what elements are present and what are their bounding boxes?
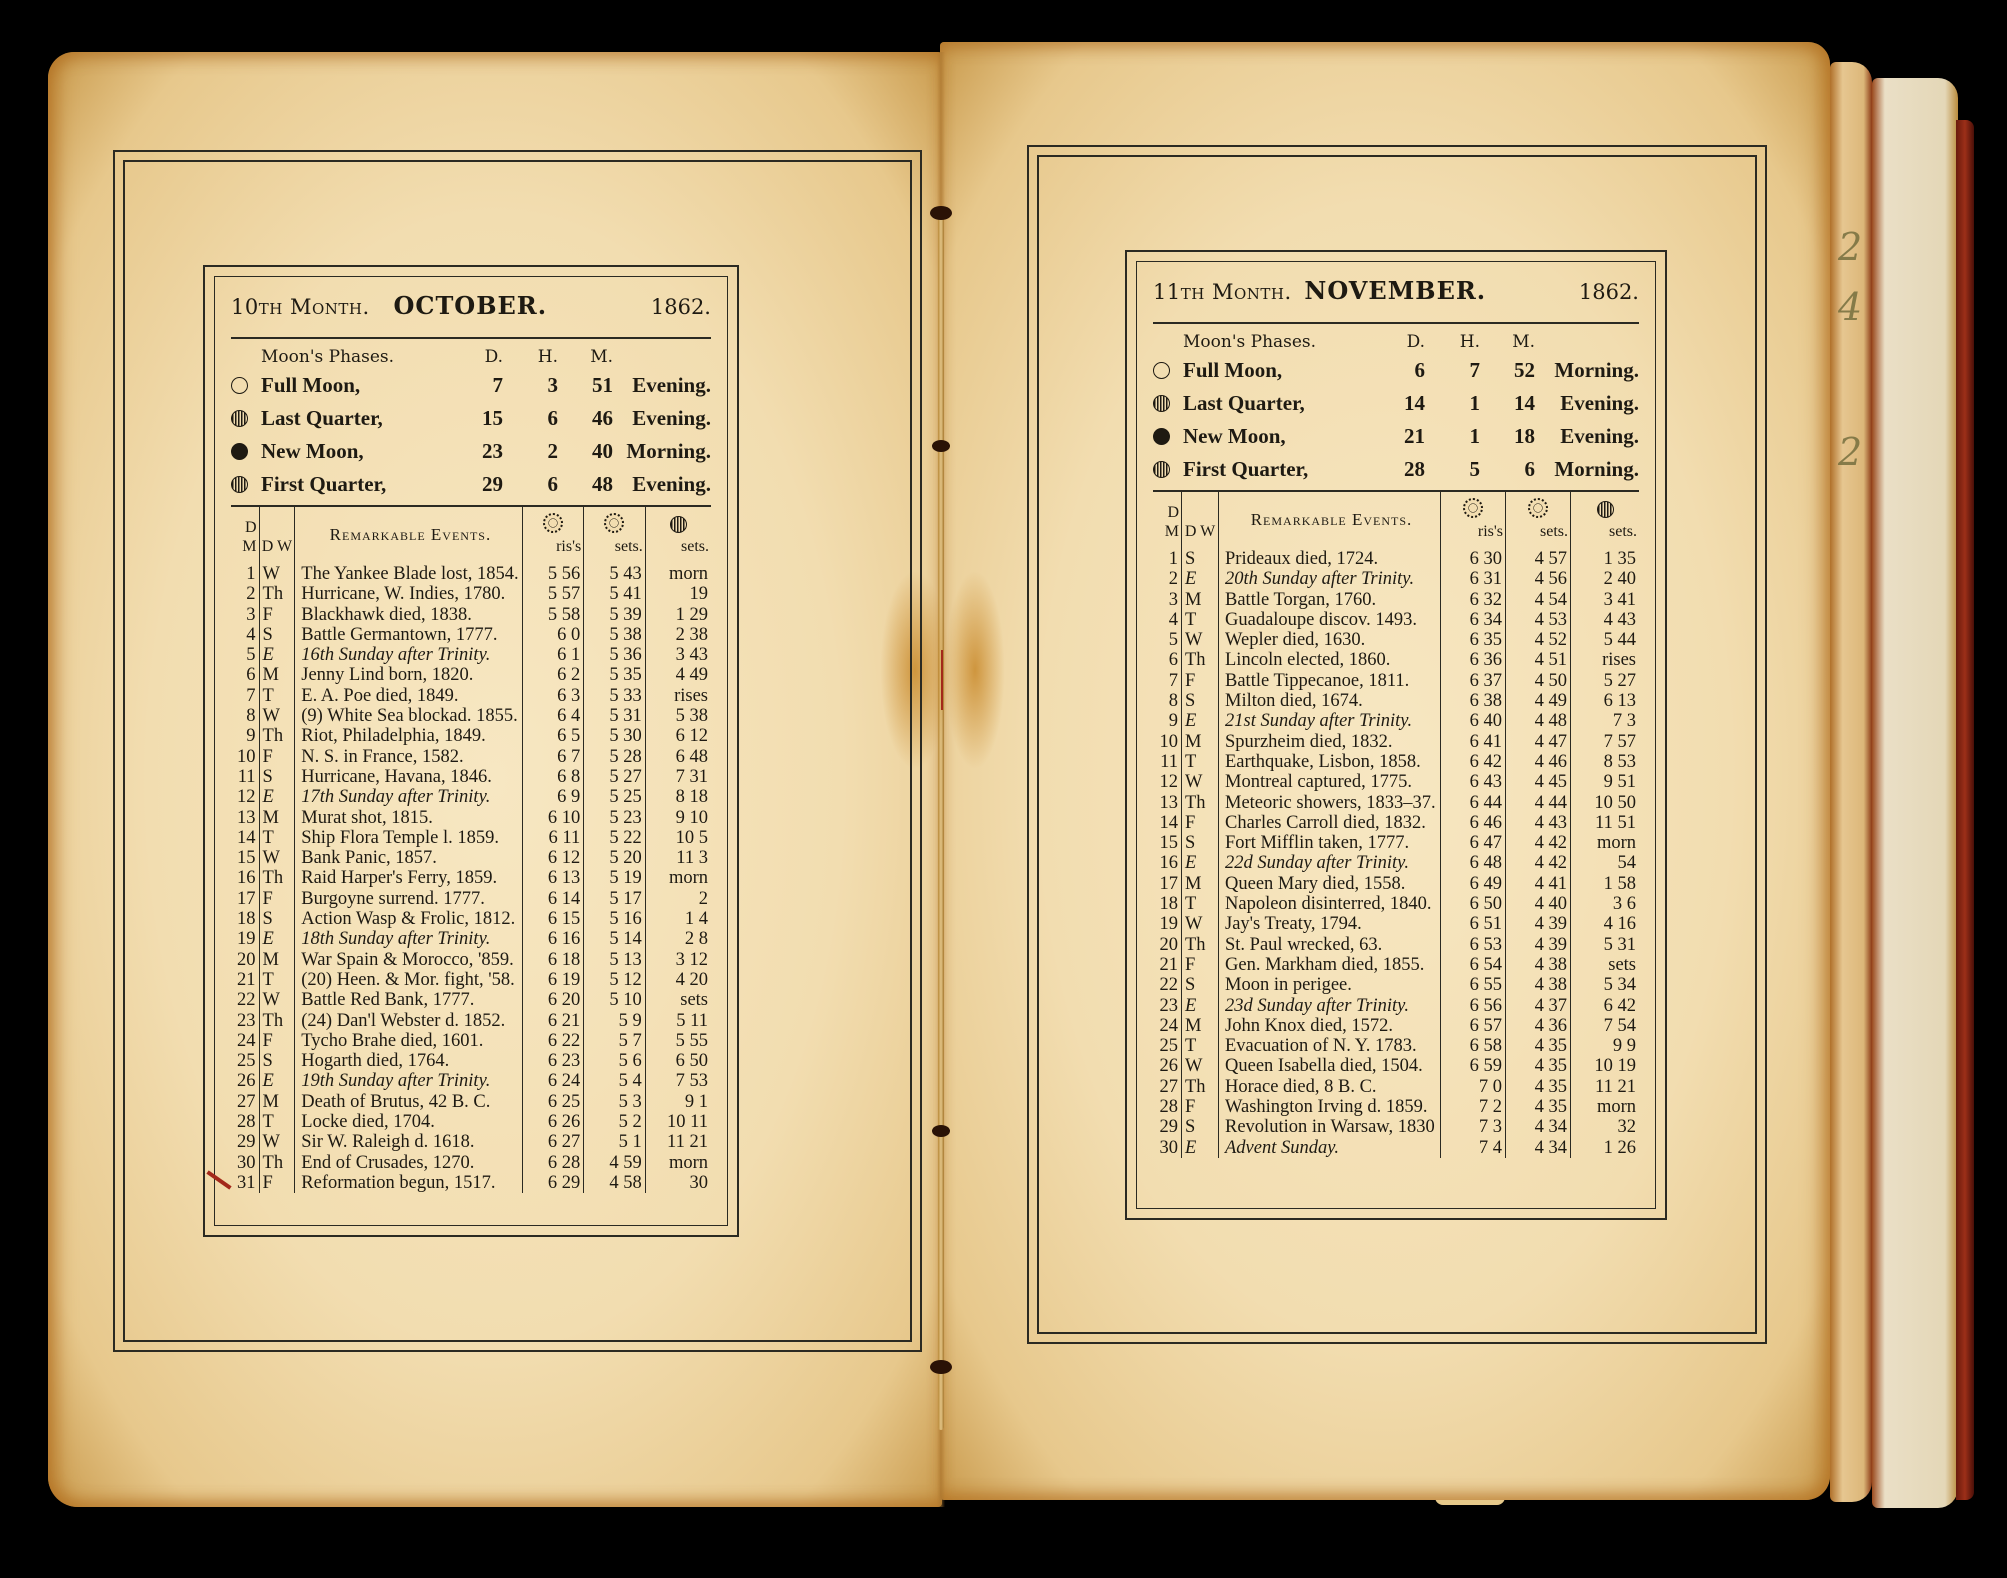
sun-rise-time: 6 43 bbox=[1441, 772, 1506, 792]
sun-set-time: 5 25 bbox=[584, 787, 646, 807]
day-of-week: M bbox=[1182, 732, 1219, 752]
table-row: 29WSir W. Raleigh d. 1618.6 275 111 21 bbox=[231, 1132, 711, 1152]
water-stain bbox=[945, 570, 1005, 770]
sun-rise-time: 6 3 bbox=[522, 686, 584, 706]
phase-time-of-day: Morning. bbox=[1543, 457, 1639, 482]
day-of-month: 13 bbox=[1153, 793, 1182, 813]
day-of-week: S bbox=[259, 909, 295, 929]
sun-rise-time: 7 0 bbox=[1441, 1077, 1506, 1097]
moon-phases-header: Moon's Phases. D. H. M. bbox=[231, 345, 711, 369]
day-of-month: 24 bbox=[231, 1031, 259, 1051]
day-of-week: F bbox=[259, 605, 295, 625]
sun-set-time: 5 41 bbox=[584, 584, 646, 604]
sun-rise-time: 6 20 bbox=[522, 990, 584, 1010]
event-text: Evacuation of N. Y. 1783. bbox=[1219, 1036, 1441, 1056]
moon-time: morn bbox=[645, 564, 711, 584]
moon-time: 19 bbox=[645, 584, 711, 604]
day-of-week: E bbox=[1182, 853, 1219, 873]
day-of-month: 21 bbox=[231, 970, 259, 990]
day-of-week: E bbox=[259, 929, 295, 949]
sun-set-time: 4 39 bbox=[1506, 935, 1571, 955]
day-of-month: 14 bbox=[1153, 813, 1182, 833]
event-text: Fort Mifflin taken, 1777. bbox=[1219, 833, 1441, 853]
phase-day: 14 bbox=[1373, 391, 1433, 416]
table-row: 21T(20) Heen. & Mor. fight, '58.6 195 12… bbox=[231, 970, 711, 990]
sun-rises-label: ris's bbox=[556, 538, 581, 555]
table-row: 15SFort Mifflin taken, 1777.6 474 42morn bbox=[1153, 833, 1639, 853]
day-of-month: 19 bbox=[231, 929, 259, 949]
day-of-week: F bbox=[259, 1031, 295, 1051]
event-text: Burgoyne surrend. 1777. bbox=[295, 889, 522, 909]
sun-rise-time: 6 9 bbox=[522, 787, 584, 807]
sun-set-time: 4 40 bbox=[1506, 894, 1571, 914]
phase-name: Last Quarter, bbox=[1183, 391, 1373, 416]
table-row: 4SBattle Germantown, 1777.6 05 382 38 bbox=[231, 625, 711, 645]
event-text: Moon in perigee. bbox=[1219, 975, 1441, 995]
full-moon-icon bbox=[1153, 362, 1170, 379]
stitch-hole-icon bbox=[930, 1360, 952, 1374]
day-of-week: F bbox=[1182, 671, 1219, 691]
event-text: Action Wasp & Frolic, 1812. bbox=[295, 909, 522, 929]
hour-col-label: H. bbox=[1433, 332, 1488, 352]
moon-time: morn bbox=[645, 868, 711, 888]
phase-row: New Moon, 21 1 18 Evening. bbox=[1153, 420, 1639, 453]
sun-set-time: 5 10 bbox=[584, 990, 646, 1010]
table-row: 27ThHorace died, 8 B. C.7 04 3511 21 bbox=[1153, 1077, 1639, 1097]
moon-time: 1 4 bbox=[645, 909, 711, 929]
moon-time: 5 38 bbox=[645, 706, 711, 726]
sun-face-icon bbox=[1528, 498, 1548, 518]
sun-set-time: 4 43 bbox=[1506, 813, 1571, 833]
sun-rise-time: 6 16 bbox=[522, 929, 584, 949]
day-of-week: W bbox=[1182, 914, 1219, 934]
day-of-week: M bbox=[259, 950, 295, 970]
month-number: 10th Month. bbox=[231, 295, 370, 319]
day-of-week: Th bbox=[259, 584, 295, 604]
moon-sets-label: sets. bbox=[681, 538, 709, 555]
day-of-week: S bbox=[1182, 1117, 1219, 1137]
moon-time: 3 12 bbox=[645, 950, 711, 970]
day-of-month: 22 bbox=[231, 990, 259, 1010]
day-of-month: 14 bbox=[231, 828, 259, 848]
moon-phases-label: Moon's Phases. bbox=[1183, 332, 1373, 352]
sun-rise-time: 6 26 bbox=[522, 1112, 584, 1132]
day-of-month-header: D M bbox=[231, 507, 259, 564]
phase-day: 15 bbox=[451, 406, 511, 431]
moon-time: morn bbox=[1571, 833, 1640, 853]
event-text: Bank Panic, 1857. bbox=[295, 848, 522, 868]
day-of-month: 8 bbox=[231, 706, 259, 726]
table-row: 14FCharles Carroll died, 1832.6 464 4311… bbox=[1153, 813, 1639, 833]
day-of-month: 17 bbox=[231, 889, 259, 909]
moon-time: 6 48 bbox=[645, 747, 711, 767]
day-of-month: 5 bbox=[1153, 630, 1182, 650]
day-of-month: 6 bbox=[1153, 650, 1182, 670]
moon-time: 6 42 bbox=[1571, 996, 1640, 1016]
event-text: 23d Sunday after Trinity. bbox=[1219, 996, 1441, 1016]
sun-rise-time: 6 5 bbox=[522, 726, 584, 746]
remarkable-events-header: Remarkable Events. bbox=[1219, 492, 1441, 549]
sun-set-time: 4 54 bbox=[1506, 590, 1571, 610]
sun-set-time: 4 35 bbox=[1506, 1097, 1571, 1117]
sun-set-time: 4 53 bbox=[1506, 610, 1571, 630]
phase-name: New Moon, bbox=[1183, 424, 1373, 449]
moon-time: 3 41 bbox=[1571, 590, 1640, 610]
table-row: 29SRevolution in Warsaw, 18307 34 3432 bbox=[1153, 1117, 1639, 1137]
binding-thread-top bbox=[938, 215, 944, 445]
sun-rise-time: 6 40 bbox=[1441, 711, 1506, 731]
moon-time: 10 19 bbox=[1571, 1056, 1640, 1076]
moon-time: sets bbox=[645, 990, 711, 1010]
table-row: 27MDeath of Brutus, 42 B. C.6 255 39 1 bbox=[231, 1092, 711, 1112]
event-text: 17th Sunday after Trinity. bbox=[295, 787, 522, 807]
month-number: 11th Month. bbox=[1153, 280, 1292, 304]
phase-minute: 46 bbox=[566, 406, 621, 431]
sun-set-time: 4 56 bbox=[1506, 569, 1571, 589]
day-of-week: W bbox=[259, 564, 295, 584]
sun-rises-header: ris's bbox=[522, 507, 584, 564]
table-row: 30EAdvent Sunday.7 44 341 26 bbox=[1153, 1138, 1639, 1158]
sun-rise-time: 5 58 bbox=[522, 605, 584, 625]
table-row: 8SMilton died, 1674.6 384 496 13 bbox=[1153, 691, 1639, 711]
phase-name: Last Quarter, bbox=[261, 406, 451, 431]
phase-time-of-day: Morning. bbox=[621, 439, 711, 464]
moon-time: 10 50 bbox=[1571, 793, 1640, 813]
sun-rise-time: 6 55 bbox=[1441, 975, 1506, 995]
sun-rise-time: 7 3 bbox=[1441, 1117, 1506, 1137]
event-text: Revolution in Warsaw, 1830 bbox=[1219, 1117, 1441, 1137]
sun-set-time: 4 42 bbox=[1506, 853, 1571, 873]
pencil-note: 2 bbox=[1838, 430, 1862, 474]
table-row: 31FReformation begun, 1517.6 294 5830 bbox=[231, 1173, 711, 1193]
sun-rise-time: 6 56 bbox=[1441, 996, 1506, 1016]
remarkable-events-header: Remarkable Events. bbox=[295, 507, 522, 564]
sun-rise-time: 6 29 bbox=[522, 1173, 584, 1193]
moon-time: 3 6 bbox=[1571, 894, 1640, 914]
sun-rise-time: 6 31 bbox=[1441, 569, 1506, 589]
sun-rise-time: 6 15 bbox=[522, 909, 584, 929]
moon-time: 7 53 bbox=[645, 1071, 711, 1091]
sun-set-time: 5 43 bbox=[584, 564, 646, 584]
day-of-week: M bbox=[1182, 1016, 1219, 1036]
day-of-month: 1 bbox=[1153, 549, 1182, 569]
day-of-month: 9 bbox=[1153, 711, 1182, 731]
month-name: NOVEMBER. bbox=[1304, 276, 1486, 305]
day-of-week: E bbox=[259, 645, 295, 665]
event-text: Hogarth died, 1764. bbox=[295, 1051, 522, 1071]
day-col-label: D. bbox=[1373, 332, 1433, 352]
table-row: 7FBattle Tippecanoe, 1811.6 374 505 27 bbox=[1153, 671, 1639, 691]
day-of-week: S bbox=[259, 625, 295, 645]
event-text: 21st Sunday after Trinity. bbox=[1219, 711, 1441, 731]
sun-rise-time: 6 46 bbox=[1441, 813, 1506, 833]
sun-rise-time: 5 57 bbox=[522, 584, 584, 604]
sun-rise-time: 6 11 bbox=[522, 828, 584, 848]
table-row: 26WQueen Isabella died, 1504.6 594 3510 … bbox=[1153, 1056, 1639, 1076]
october-calendar: 10th Month. OCTOBER. 1862. Moon's Phases… bbox=[203, 265, 739, 1237]
phase-name: Full Moon, bbox=[261, 373, 451, 398]
day-of-month: 22 bbox=[1153, 975, 1182, 995]
day-of-week: Th bbox=[259, 1011, 295, 1031]
sun-set-time: 4 35 bbox=[1506, 1077, 1571, 1097]
moon-time: 6 13 bbox=[1571, 691, 1640, 711]
table-row: 22SMoon in perigee.6 554 385 34 bbox=[1153, 975, 1639, 995]
phase-hour: 3 bbox=[511, 373, 566, 398]
moon-time: 4 16 bbox=[1571, 914, 1640, 934]
day-of-month: 20 bbox=[231, 950, 259, 970]
moon-time: 32 bbox=[1571, 1117, 1640, 1137]
day-of-month: 28 bbox=[1153, 1097, 1182, 1117]
day-of-month: 29 bbox=[231, 1132, 259, 1152]
table-row: 23Th(24) Dan'l Webster d. 1852.6 215 95 … bbox=[231, 1011, 711, 1031]
sun-rise-time: 6 0 bbox=[522, 625, 584, 645]
pencil-note: 4 bbox=[1838, 285, 1862, 329]
event-text: Tycho Brahe died, 1601. bbox=[295, 1031, 522, 1051]
event-text: Advent Sunday. bbox=[1219, 1138, 1441, 1158]
day-of-month: 2 bbox=[231, 584, 259, 604]
sun-set-time: 4 35 bbox=[1506, 1036, 1571, 1056]
stitch-hole-icon bbox=[930, 206, 952, 220]
sun-set-time: 5 19 bbox=[584, 868, 646, 888]
event-text: (24) Dan'l Webster d. 1852. bbox=[295, 1011, 522, 1031]
sun-set-time: 5 1 bbox=[584, 1132, 646, 1152]
table-row: 2E20th Sunday after Trinity.6 314 562 40 bbox=[1153, 569, 1639, 589]
day-of-month: 12 bbox=[1153, 772, 1182, 792]
sun-rise-time: 6 10 bbox=[522, 808, 584, 828]
event-text: Meteoric showers, 1833–37. bbox=[1219, 793, 1441, 813]
sun-set-time: 4 34 bbox=[1506, 1138, 1571, 1158]
table-row: 17FBurgoyne surrend. 1777.6 145 172 bbox=[231, 889, 711, 909]
day-of-week: Th bbox=[259, 868, 295, 888]
sun-set-time: 4 58 bbox=[584, 1173, 646, 1193]
sun-rise-time: 6 2 bbox=[522, 665, 584, 685]
sun-rise-time: 6 21 bbox=[522, 1011, 584, 1031]
event-text: Battle Germantown, 1777. bbox=[295, 625, 522, 645]
sun-set-time: 4 46 bbox=[1506, 752, 1571, 772]
table-row: 23E23d Sunday after Trinity.6 564 376 42 bbox=[1153, 996, 1639, 1016]
event-text: Jenny Lind born, 1820. bbox=[295, 665, 522, 685]
event-text: Hurricane, W. Indies, 1780. bbox=[295, 584, 522, 604]
day-of-week-header: D W bbox=[1182, 492, 1219, 549]
sun-set-time: 5 27 bbox=[584, 767, 646, 787]
day-of-week: Th bbox=[259, 1153, 295, 1173]
sun-rise-time: 6 30 bbox=[1441, 549, 1506, 569]
sun-rise-time: 6 35 bbox=[1441, 630, 1506, 650]
moon-time: 9 51 bbox=[1571, 772, 1640, 792]
phase-day: 28 bbox=[1373, 457, 1433, 482]
day-of-month: 24 bbox=[1153, 1016, 1182, 1036]
sun-rise-time: 6 13 bbox=[522, 868, 584, 888]
day-of-week: F bbox=[1182, 813, 1219, 833]
table-row: 15WBank Panic, 1857.6 125 2011 3 bbox=[231, 848, 711, 868]
event-text: Charles Carroll died, 1832. bbox=[1219, 813, 1441, 833]
month-name: OCTOBER. bbox=[393, 291, 547, 320]
phase-minute: 18 bbox=[1488, 424, 1543, 449]
event-text: Battle Red Bank, 1777. bbox=[295, 990, 522, 1010]
day-of-month: 27 bbox=[1153, 1077, 1182, 1097]
sun-sets-label: sets. bbox=[1540, 523, 1568, 540]
phase-time-of-day: Evening. bbox=[621, 406, 711, 431]
first-quarter-icon bbox=[231, 476, 248, 493]
sun-set-time: 5 28 bbox=[584, 747, 646, 767]
event-text: Montreal captured, 1775. bbox=[1219, 772, 1441, 792]
last-quarter-icon bbox=[231, 410, 248, 427]
event-text: Jay's Treaty, 1794. bbox=[1219, 914, 1441, 934]
spine-red-mark bbox=[941, 650, 943, 710]
sun-rise-time: 6 25 bbox=[522, 1092, 584, 1112]
sun-rise-time: 6 22 bbox=[522, 1031, 584, 1051]
day-of-week: S bbox=[1182, 549, 1219, 569]
table-row: 7TE. A. Poe died, 1849.6 35 33rises bbox=[231, 686, 711, 706]
day-of-week: Th bbox=[1182, 935, 1219, 955]
sun-set-time: 4 59 bbox=[584, 1153, 646, 1173]
event-text: Battle Tippecanoe, 1811. bbox=[1219, 671, 1441, 691]
sun-sets-label: sets. bbox=[615, 538, 643, 555]
day-of-week: S bbox=[259, 767, 295, 787]
day-of-month: 19 bbox=[1153, 914, 1182, 934]
sun-set-time: 4 47 bbox=[1506, 732, 1571, 752]
sun-rise-time: 6 37 bbox=[1441, 671, 1506, 691]
sun-rise-time: 6 1 bbox=[522, 645, 584, 665]
phase-name: First Quarter, bbox=[261, 472, 451, 497]
sun-set-time: 4 39 bbox=[1506, 914, 1571, 934]
phase-day: 6 bbox=[1373, 358, 1433, 383]
day-of-week: W bbox=[259, 990, 295, 1010]
phase-row: New Moon, 23 2 40 Morning. bbox=[231, 435, 711, 468]
table-row: 20ThSt. Paul wrecked, 63.6 534 395 31 bbox=[1153, 935, 1639, 955]
event-text: 19th Sunday after Trinity. bbox=[295, 1071, 522, 1091]
table-row: 25TEvacuation of N. Y. 1783.6 584 359 9 bbox=[1153, 1036, 1639, 1056]
sun-rise-time: 6 34 bbox=[1441, 610, 1506, 630]
moon-time: 30 bbox=[645, 1173, 711, 1193]
phase-time-of-day: Evening. bbox=[621, 472, 711, 497]
table-row: 6ThLincoln elected, 1860.6 364 51rises bbox=[1153, 650, 1639, 670]
sun-set-time: 5 38 bbox=[584, 625, 646, 645]
moon-phases-label: Moon's Phases. bbox=[261, 347, 451, 367]
event-text: N. S. in France, 1582. bbox=[295, 747, 522, 767]
sun-set-time: 4 45 bbox=[1506, 772, 1571, 792]
sun-rise-time: 6 12 bbox=[522, 848, 584, 868]
day-of-week: Th bbox=[1182, 650, 1219, 670]
table-row: 30ThEnd of Crusades, 1270.6 284 59morn bbox=[231, 1153, 711, 1173]
day-of-month: 15 bbox=[231, 848, 259, 868]
phase-time-of-day: Evening. bbox=[621, 373, 711, 398]
moon-time: 2 38 bbox=[645, 625, 711, 645]
table-row: 1SPrideaux died, 1724.6 304 571 35 bbox=[1153, 549, 1639, 569]
minute-col-label: M. bbox=[566, 347, 621, 367]
sun-rise-time: 6 49 bbox=[1441, 874, 1506, 894]
table-row: 22WBattle Red Bank, 1777.6 205 10sets bbox=[231, 990, 711, 1010]
day-of-month: 10 bbox=[1153, 732, 1182, 752]
phase-minute: 6 bbox=[1488, 457, 1543, 482]
new-moon-icon bbox=[1153, 428, 1170, 445]
phase-hour: 1 bbox=[1433, 424, 1488, 449]
table-row: 11TEarthquake, Lisbon, 1858.6 424 468 53 bbox=[1153, 752, 1639, 772]
sun-rise-time: 6 38 bbox=[1441, 691, 1506, 711]
table-row: 19E18th Sunday after Trinity.6 165 142 8 bbox=[231, 929, 711, 949]
event-text: 18th Sunday after Trinity. bbox=[295, 929, 522, 949]
table-row: 11SHurricane, Havana, 1846.6 85 277 31 bbox=[231, 767, 711, 787]
phase-day: 21 bbox=[1373, 424, 1433, 449]
day-of-month: 17 bbox=[1153, 874, 1182, 894]
day-of-month: 1 bbox=[231, 564, 259, 584]
sun-set-time: 5 30 bbox=[584, 726, 646, 746]
moon-time: 4 43 bbox=[1571, 610, 1640, 630]
year: 1862. bbox=[651, 295, 711, 319]
day-of-month: 3 bbox=[231, 605, 259, 625]
event-text: Raid Harper's Ferry, 1859. bbox=[295, 868, 522, 888]
event-text: Riot, Philadelphia, 1849. bbox=[295, 726, 522, 746]
table-row: 26E19th Sunday after Trinity.6 245 47 53 bbox=[231, 1071, 711, 1091]
sun-rise-time: 5 56 bbox=[522, 564, 584, 584]
phase-day: 29 bbox=[451, 472, 511, 497]
day-of-month: 11 bbox=[231, 767, 259, 787]
day-of-month: 23 bbox=[231, 1011, 259, 1031]
event-text: Guadaloupe discov. 1493. bbox=[1219, 610, 1441, 630]
day-of-week: E bbox=[1182, 1138, 1219, 1158]
event-text: Queen Isabella died, 1504. bbox=[1219, 1056, 1441, 1076]
moon-time: 5 27 bbox=[1571, 671, 1640, 691]
day-of-week-header: D W bbox=[259, 507, 295, 564]
phase-time-of-day: Evening. bbox=[1543, 391, 1639, 416]
table-row: 10FN. S. in France, 1582.6 75 286 48 bbox=[231, 747, 711, 767]
day-of-week: M bbox=[1182, 874, 1219, 894]
day-of-month: 28 bbox=[231, 1112, 259, 1132]
event-text: Gen. Markham died, 1855. bbox=[1219, 955, 1441, 975]
phase-hour: 1 bbox=[1433, 391, 1488, 416]
sun-set-time: 5 17 bbox=[584, 889, 646, 909]
day-of-week: T bbox=[259, 970, 295, 990]
day-of-week: M bbox=[259, 1092, 295, 1112]
sun-sets-header: sets. bbox=[584, 507, 646, 564]
sun-face-icon bbox=[604, 513, 624, 533]
last-quarter-icon bbox=[1153, 395, 1170, 412]
event-text: 16th Sunday after Trinity. bbox=[295, 645, 522, 665]
event-text: Milton died, 1674. bbox=[1219, 691, 1441, 711]
sun-rise-time: 6 51 bbox=[1441, 914, 1506, 934]
minute-col-label: M. bbox=[1488, 332, 1543, 352]
day-of-week: W bbox=[1182, 1056, 1219, 1076]
day-of-month: 9 bbox=[231, 726, 259, 746]
day-col-label: D. bbox=[451, 347, 511, 367]
event-text: Napoleon disinterred, 1840. bbox=[1219, 894, 1441, 914]
moon-sets-header: sets. bbox=[1571, 492, 1640, 549]
sun-set-time: 4 48 bbox=[1506, 711, 1571, 731]
sun-rise-time: 6 54 bbox=[1441, 955, 1506, 975]
sun-rise-time: 6 44 bbox=[1441, 793, 1506, 813]
moon-time: 5 34 bbox=[1571, 975, 1640, 995]
book-cover-edge bbox=[1956, 120, 1974, 1500]
sun-set-time: 5 12 bbox=[584, 970, 646, 990]
day-of-week: E bbox=[1182, 569, 1219, 589]
sun-rise-time: 6 59 bbox=[1441, 1056, 1506, 1076]
sun-set-time: 4 50 bbox=[1506, 671, 1571, 691]
table-row: 12E17th Sunday after Trinity.6 95 258 18 bbox=[231, 787, 711, 807]
event-text: The Yankee Blade lost, 1854. bbox=[295, 564, 522, 584]
moon-time: 2 40 bbox=[1571, 569, 1640, 589]
phase-row: Full Moon, 7 3 51 Evening. bbox=[231, 369, 711, 402]
day-of-month: 11 bbox=[1153, 752, 1182, 772]
table-row: 1WThe Yankee Blade lost, 1854.5 565 43mo… bbox=[231, 564, 711, 584]
sun-rise-time: 6 7 bbox=[522, 747, 584, 767]
event-text: E. A. Poe died, 1849. bbox=[295, 686, 522, 706]
phase-row: First Quarter, 29 6 48 Evening. bbox=[231, 468, 711, 501]
event-text: 22d Sunday after Trinity. bbox=[1219, 853, 1441, 873]
day-of-week: F bbox=[259, 889, 295, 909]
day-of-month: 8 bbox=[1153, 691, 1182, 711]
sun-set-time: 5 9 bbox=[584, 1011, 646, 1031]
day-of-month: 7 bbox=[1153, 671, 1182, 691]
